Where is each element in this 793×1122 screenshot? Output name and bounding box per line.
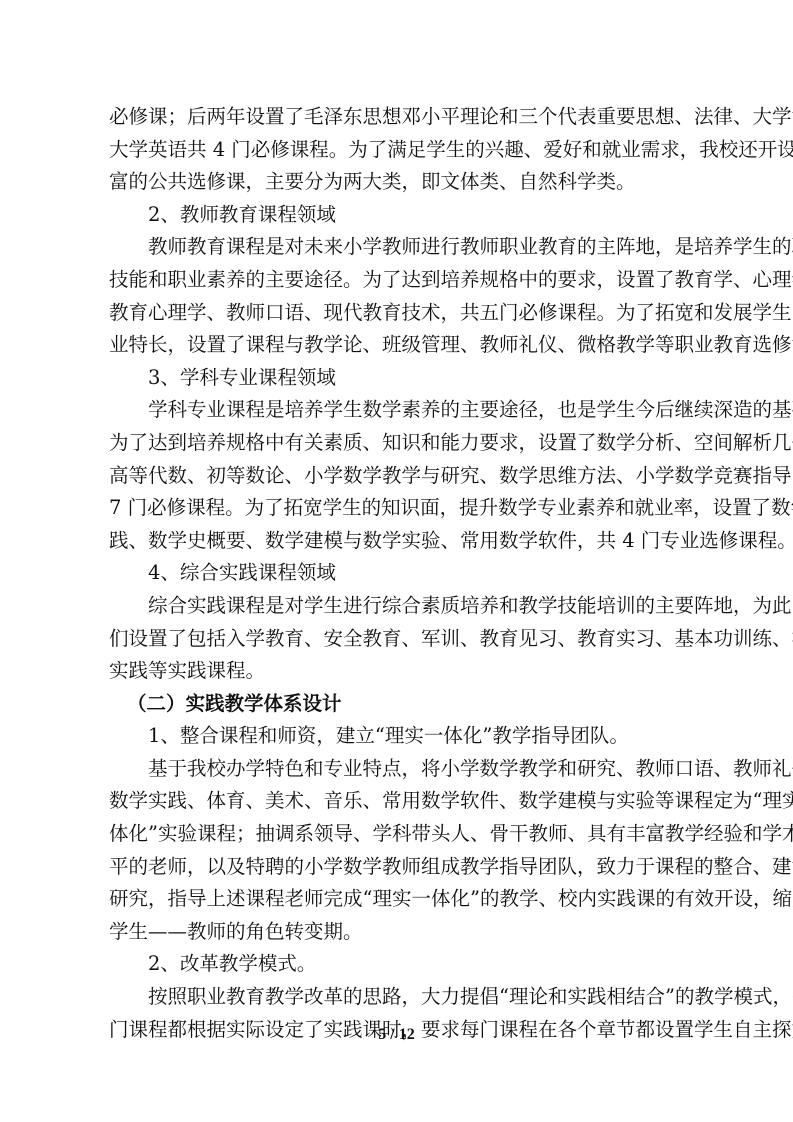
subheading-comprehensive-practice: 4、综合实践课程领域 (109, 557, 697, 590)
text-line: 为了达到培养规格中有关素质、知识和能力要求，设置了数学分析、空间解析几何、 (109, 427, 697, 460)
text-line: 践、数学史概要、数学建模与数学实验、常用数学软件，共 4 门专业选修课程。 (109, 525, 697, 558)
text-line: 学科专业课程是培养学生数学素养的主要途径，也是学生今后继续深造的基础。 (109, 394, 697, 427)
subheading-teacher-education: 2、教师教育课程领域 (109, 199, 697, 232)
text-line: 大学英语共 4 门必修课程。为了满足学生的兴趣、爱好和就业需求，我校还开设了丰 (109, 134, 697, 167)
subheading-reform-teaching: 2、改革教学模式。 (109, 948, 697, 981)
text-line: 综合实践课程是对学生进行综合素质培养和教学技能培训的主要阵地，为此，我 (109, 590, 697, 623)
text-line: 教师教育课程是对未来小学教师进行教师职业教育的主阵地，是培养学生的职业 (109, 231, 697, 264)
text-line: 业特长，设置了课程与教学论、班级管理、教师礼仪、微格教学等职业教育选修课程。 (109, 329, 697, 362)
text-line: 学生——教师的角色转变期。 (109, 916, 697, 949)
page-number: 5 / 12 (0, 1026, 793, 1044)
text-line: 数学实践、体育、美术、音乐、常用数学软件、数学建模与实验等课程定为“理实一 (109, 785, 697, 818)
text-line: 必修课；后两年设置了毛泽东思想邓小平理论和三个代表重要思想、法律、大学语文、 (109, 101, 697, 134)
text-line: 高等代数、初等数论、小学数学教学与研究、数学思维方法、小学数学竞赛指导，共 (109, 460, 697, 493)
text-line: 富的公共选修课，主要分为两大类，即文体类、自然科学类。 (109, 166, 697, 199)
subheading-subject-courses: 3、学科专业课程领域 (109, 362, 697, 395)
section-heading-practice-system: （二）实践教学体系设计 (109, 688, 697, 721)
text-line: 按照职业教育教学改革的思路，大力提倡“理论和实践相结合”的教学模式，每 (109, 981, 697, 1014)
text-line: 平的老师，以及特聘的小学数学教师组成教学指导团队，致力于课程的整合、建设和 (109, 851, 697, 884)
text-line: 实践等实践课程。 (109, 655, 697, 688)
text-line: 们设置了包括入学教育、安全教育、军训、教育见习、教育实习、基本功训练、社会 (109, 623, 697, 656)
document-page: 必修课；后两年设置了毛泽东思想邓小平理论和三个代表重要思想、法律、大学语文、 大… (109, 101, 697, 1046)
text-line: 体化”实验课程；抽调系领导、学科带头人、骨干教师、具有丰富教学经验和学术水 (109, 818, 697, 851)
text-line: 教育心理学、教师口语、现代教育技术，共五门必修课程。为了拓宽和发展学生的专 (109, 297, 697, 330)
text-line: 7 门必修课程。为了拓宽学生的知识面，提升数学专业素养和就业率，设置了数学实 (109, 492, 697, 525)
text-line: 研究，指导上述课程老师完成“理实一体化”的教学、校内实践课的有效开设，缩短 (109, 883, 697, 916)
text-line: 基于我校办学特色和专业特点，将小学数学教学和研究、教师口语、教师礼仪、 (109, 753, 697, 786)
text-line: 技能和职业素养的主要途径。为了达到培养规格中的要求，设置了教育学、心理学、 (109, 264, 697, 297)
subheading-integrate-courses: 1、整合课程和师资，建立“理实一体化”教学指导团队。 (109, 720, 697, 753)
